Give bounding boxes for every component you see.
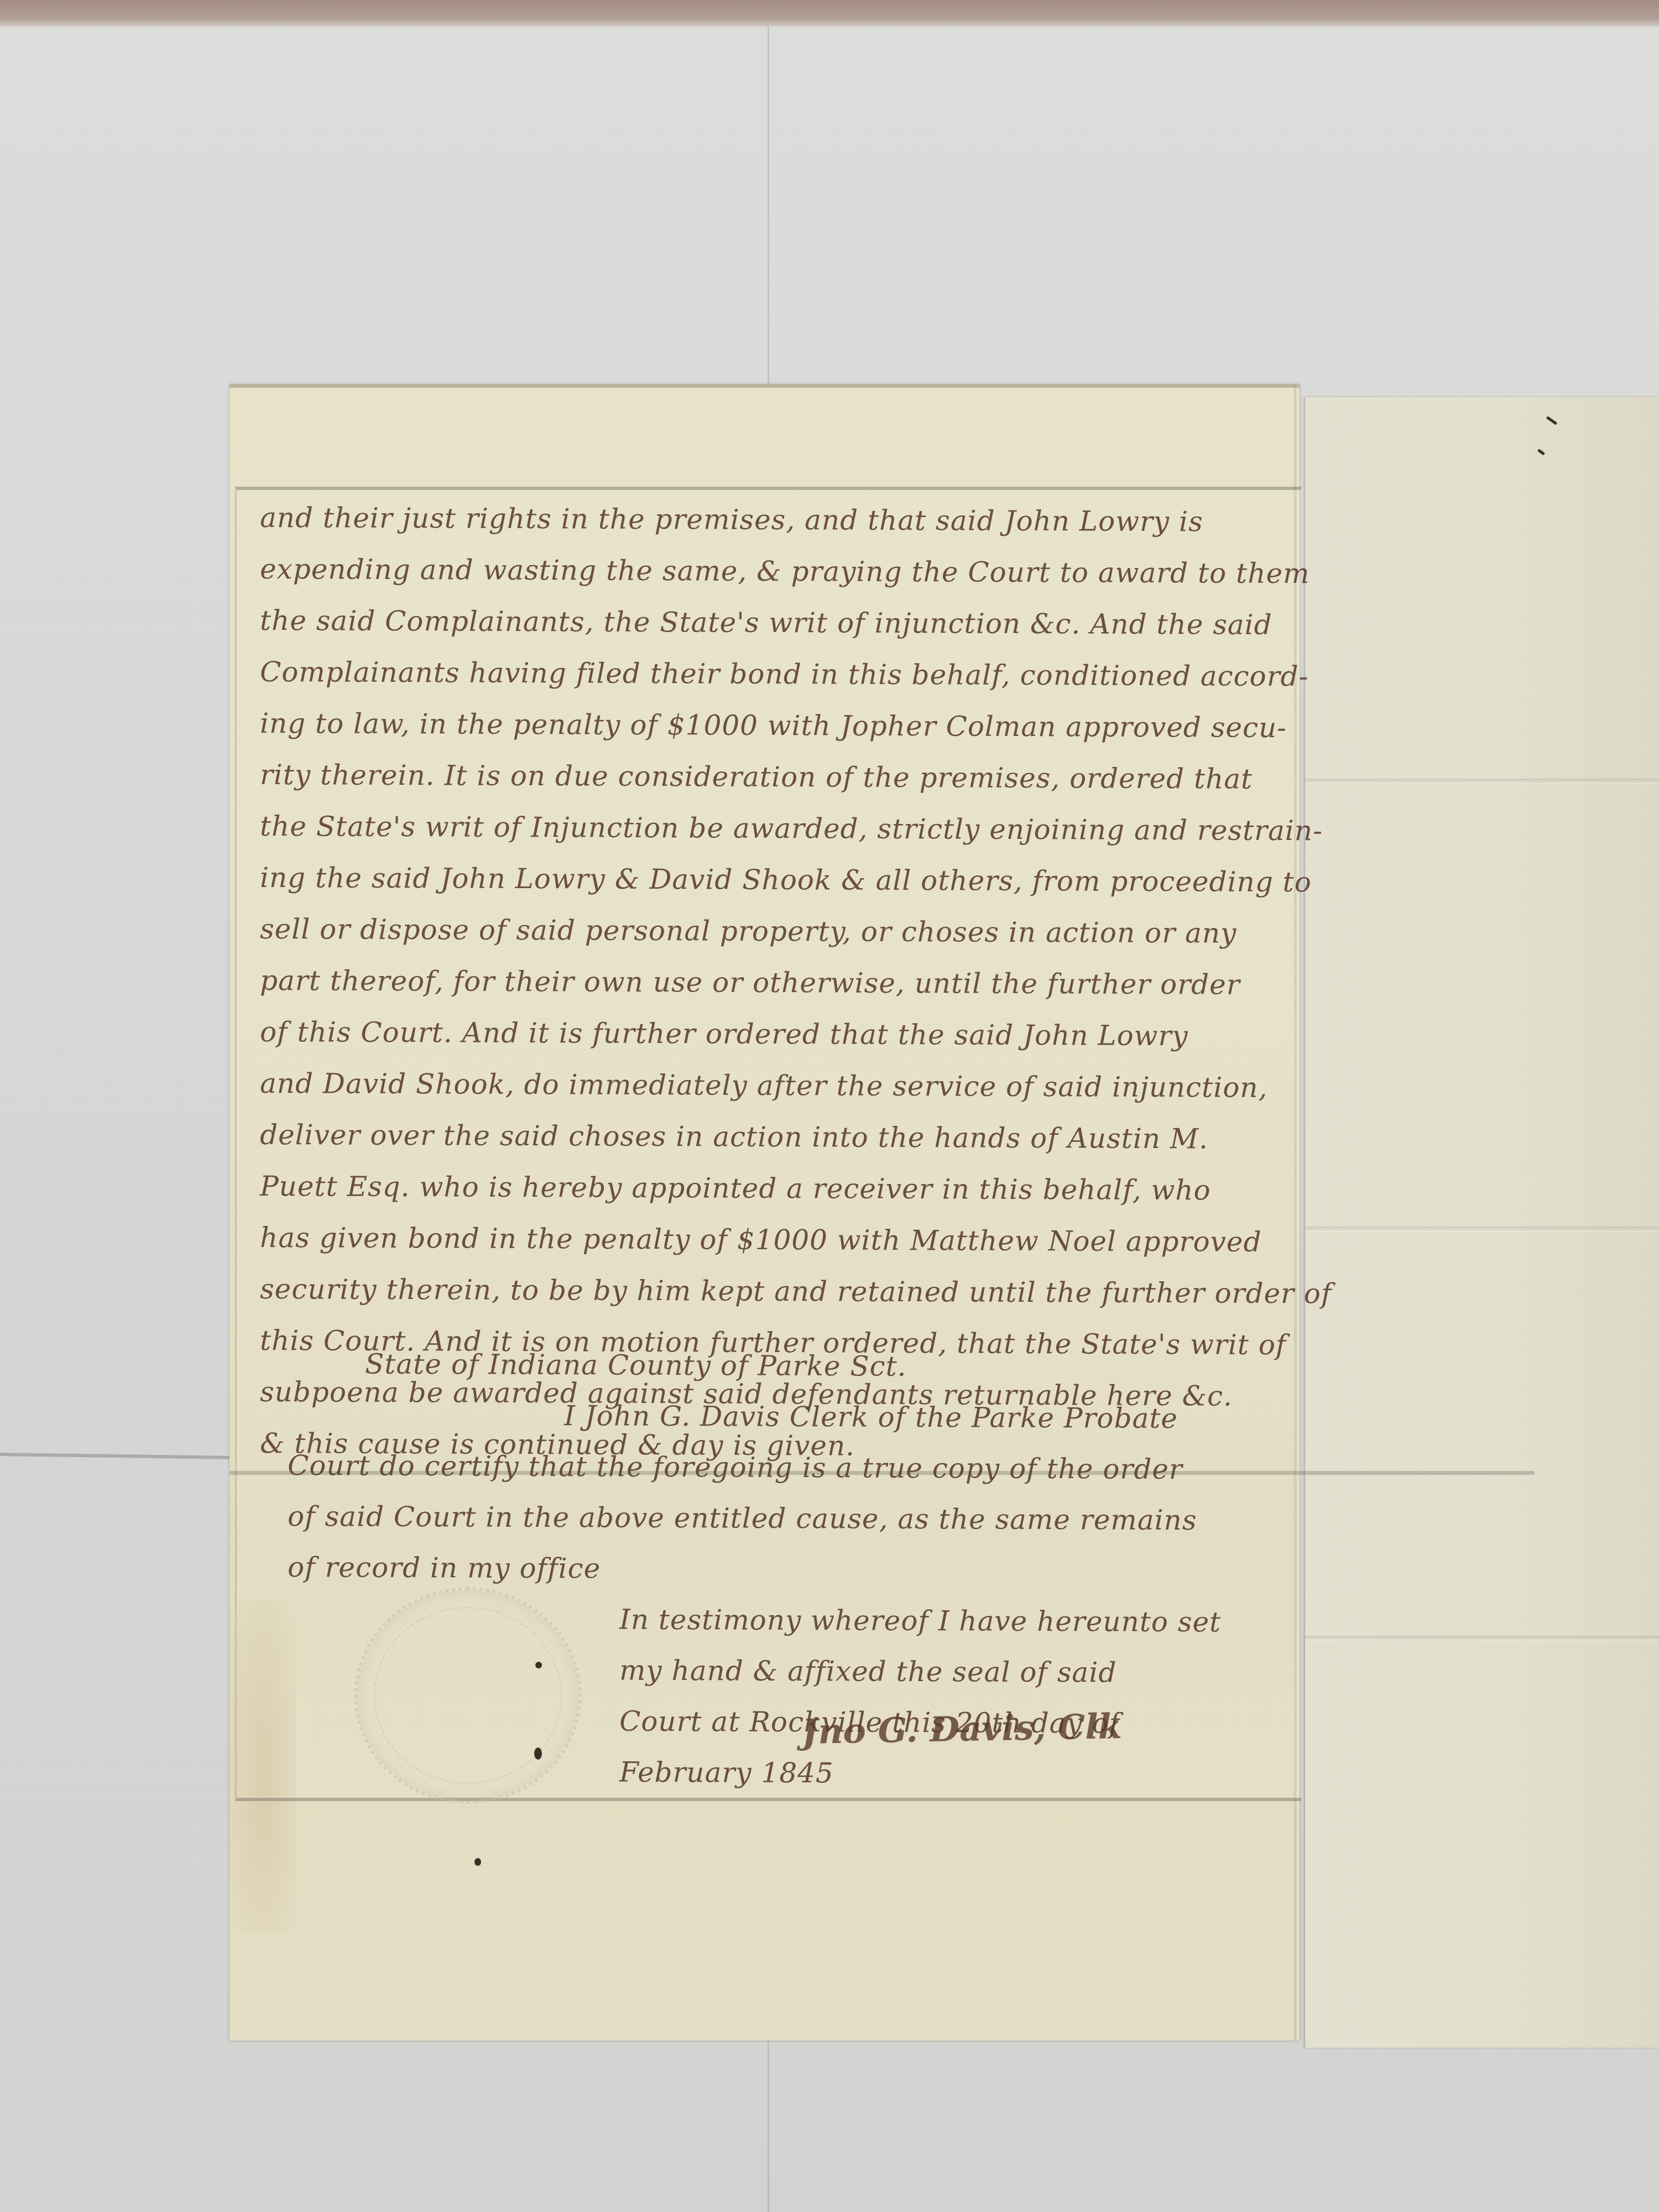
text-line: security therein, to be by him kept and … — [260, 1264, 1300, 1319]
text-line: Complainants having filed their bond in … — [260, 646, 1300, 702]
text-line: and their just rights in the premises, a… — [260, 492, 1300, 548]
fold-crease — [1305, 779, 1659, 784]
fold-crease — [1305, 1227, 1659, 1232]
text-line: expending and wasting the same, & prayin… — [260, 544, 1300, 599]
clerk-signature: Jno G. Davis, Clk — [801, 1706, 1122, 1752]
certificate-line: I John G. Davis Clerk of the Parke Proba… — [288, 1389, 1300, 1444]
text-line: Puett Esq. who is hereby appointed a rec… — [260, 1161, 1300, 1217]
sheet-edge — [229, 384, 1300, 388]
sleeve-edge-left — [0, 1453, 238, 1459]
order-body-text: and their just rights in the premises, a… — [260, 492, 1300, 1469]
certificate-line: of said Court in the above entitled caus… — [288, 1491, 1300, 1546]
ink-mark — [1546, 416, 1558, 425]
seal-inner-ring — [374, 1607, 562, 1784]
text-line: rity therein. It is on due consideration… — [260, 749, 1300, 805]
certificate-line: of record in my office — [288, 1542, 1300, 1597]
text-line: and David Shook, do immediately after th… — [260, 1058, 1300, 1114]
ink-spot — [534, 1747, 542, 1760]
folded-right-panel — [1305, 397, 1659, 2048]
text-line: ing to law, in the penalty of $1000 with… — [260, 698, 1300, 754]
text-line: has given bond in the penalty of $1000 w… — [260, 1212, 1300, 1268]
ink-spot — [474, 1858, 481, 1866]
embossed-seal-icon — [354, 1587, 582, 1804]
certificate-line: Court do certify that the foregoing is a… — [288, 1440, 1300, 1495]
text-line: part thereof, for their own use or other… — [260, 955, 1300, 1011]
certificate-venue: State of Indiana County of Parke Sct. — [288, 1338, 1300, 1394]
text-line: sell or dispose of said personal propert… — [260, 904, 1300, 959]
text-line: the State's writ of Injunction be awarde… — [260, 801, 1300, 857]
fold-crease — [1305, 1636, 1659, 1641]
ink-mark — [1537, 448, 1545, 455]
text-line: ing the said John Lowry & David Shook & … — [260, 852, 1300, 908]
text-line: deliver over the said choses in action i… — [260, 1109, 1300, 1165]
text-line: the said Complainants, the State's writ … — [260, 595, 1300, 651]
background-top-strip — [0, 0, 1659, 27]
text-line: of this Court. And it is further ordered… — [260, 1006, 1300, 1062]
ink-spot — [535, 1662, 542, 1668]
